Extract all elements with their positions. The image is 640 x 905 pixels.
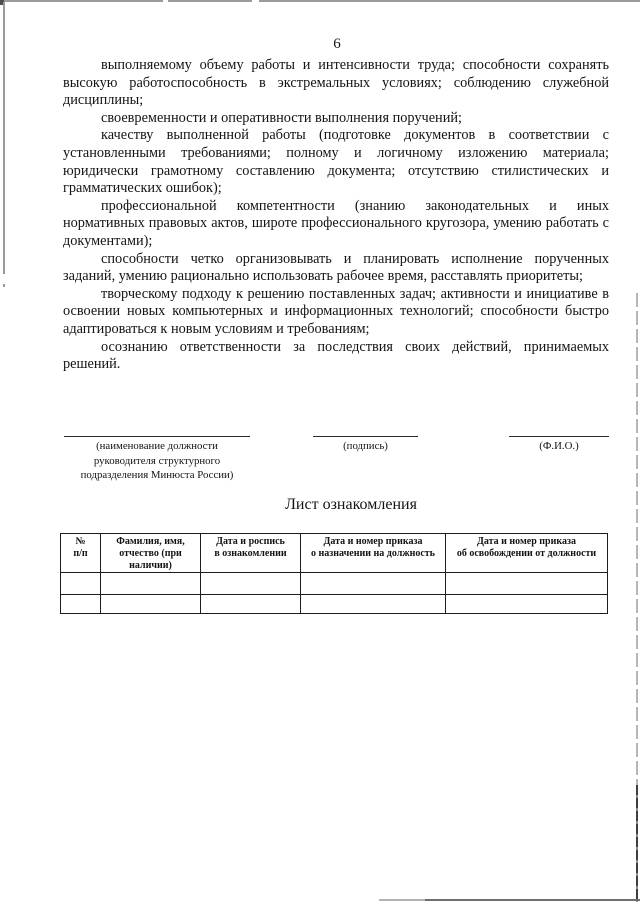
body-paragraph: способности четко организовывать и плани… (63, 251, 609, 286)
table-cell (101, 573, 201, 595)
table-cell (301, 595, 446, 614)
column-header-number: № п/п (61, 534, 101, 573)
scan-artifact-bottom-line (425, 899, 640, 901)
scan-artifact-speck (3, 284, 5, 287)
body-paragraph: творческому подходу к решению поставленн… (63, 286, 609, 339)
scan-artifact-bottom-line (379, 899, 425, 901)
table-cell (201, 573, 301, 595)
scan-artifact-top-line (168, 0, 252, 2)
column-header-full-name: Фамилия, имя, отчество (при наличии) (101, 534, 201, 573)
signature-caption: (наименование должности руководителя стр… (64, 439, 250, 483)
body-text: выполняемому объему работы и интенсивнос… (63, 57, 609, 374)
column-header-date-signature: Дата и роспись в ознакомлении (201, 534, 301, 573)
signature-line (313, 436, 418, 437)
signature-line (509, 436, 609, 437)
column-header-dismissal-order: Дата и номер приказа об освобождении от … (446, 534, 608, 573)
table-cell (446, 595, 608, 614)
signature-field-signature: (подпись) (313, 436, 418, 454)
familiarization-table: № п/п Фамилия, имя, отчество (при наличи… (60, 533, 608, 614)
scan-artifact-corner (0, 0, 4, 5)
scan-artifact-right-line (636, 293, 638, 785)
body-paragraph: профессиональной компетентности (знанию … (63, 198, 609, 251)
signature-caption: (подпись) (313, 439, 418, 454)
table-cell (446, 573, 608, 595)
signature-caption-line: руководителя структурного (64, 454, 250, 469)
section-title: Лист ознакомления (31, 496, 640, 514)
scan-artifact-top-line (259, 0, 640, 2)
page-number: 6 (0, 36, 640, 53)
body-paragraph: своевременности и оперативности выполнен… (63, 110, 609, 128)
signature-caption-line: (наименование должности (64, 439, 250, 454)
scanned-document-page: 6 выполняемому объему работы и интенсивн… (0, 0, 640, 905)
signature-caption-line: подразделения Минюста России) (64, 468, 250, 483)
column-header-appointment-order: Дата и номер приказа о назначении на дол… (301, 534, 446, 573)
signature-field-full-name: (Ф.И.О.) (509, 436, 609, 454)
signature-caption: (Ф.И.О.) (509, 439, 609, 454)
table-row (61, 595, 608, 614)
signature-line (64, 436, 250, 437)
table-row (61, 573, 608, 595)
table-cell (61, 573, 101, 595)
scan-artifact-top-line (0, 0, 163, 2)
table-cell (201, 595, 301, 614)
body-paragraph: выполняемому объему работы и интенсивнос… (63, 57, 609, 110)
signature-field-position-title: (наименование должности руководителя стр… (64, 436, 250, 483)
table-cell (101, 595, 201, 614)
scan-artifact-right-line (636, 785, 638, 902)
table-header-row: № п/п Фамилия, имя, отчество (при наличи… (61, 534, 608, 573)
table-cell (61, 595, 101, 614)
table-cell (301, 573, 446, 595)
body-paragraph: качеству выполненной работы (подготовке … (63, 127, 609, 197)
body-paragraph: осознанию ответственности за последствия… (63, 339, 609, 374)
